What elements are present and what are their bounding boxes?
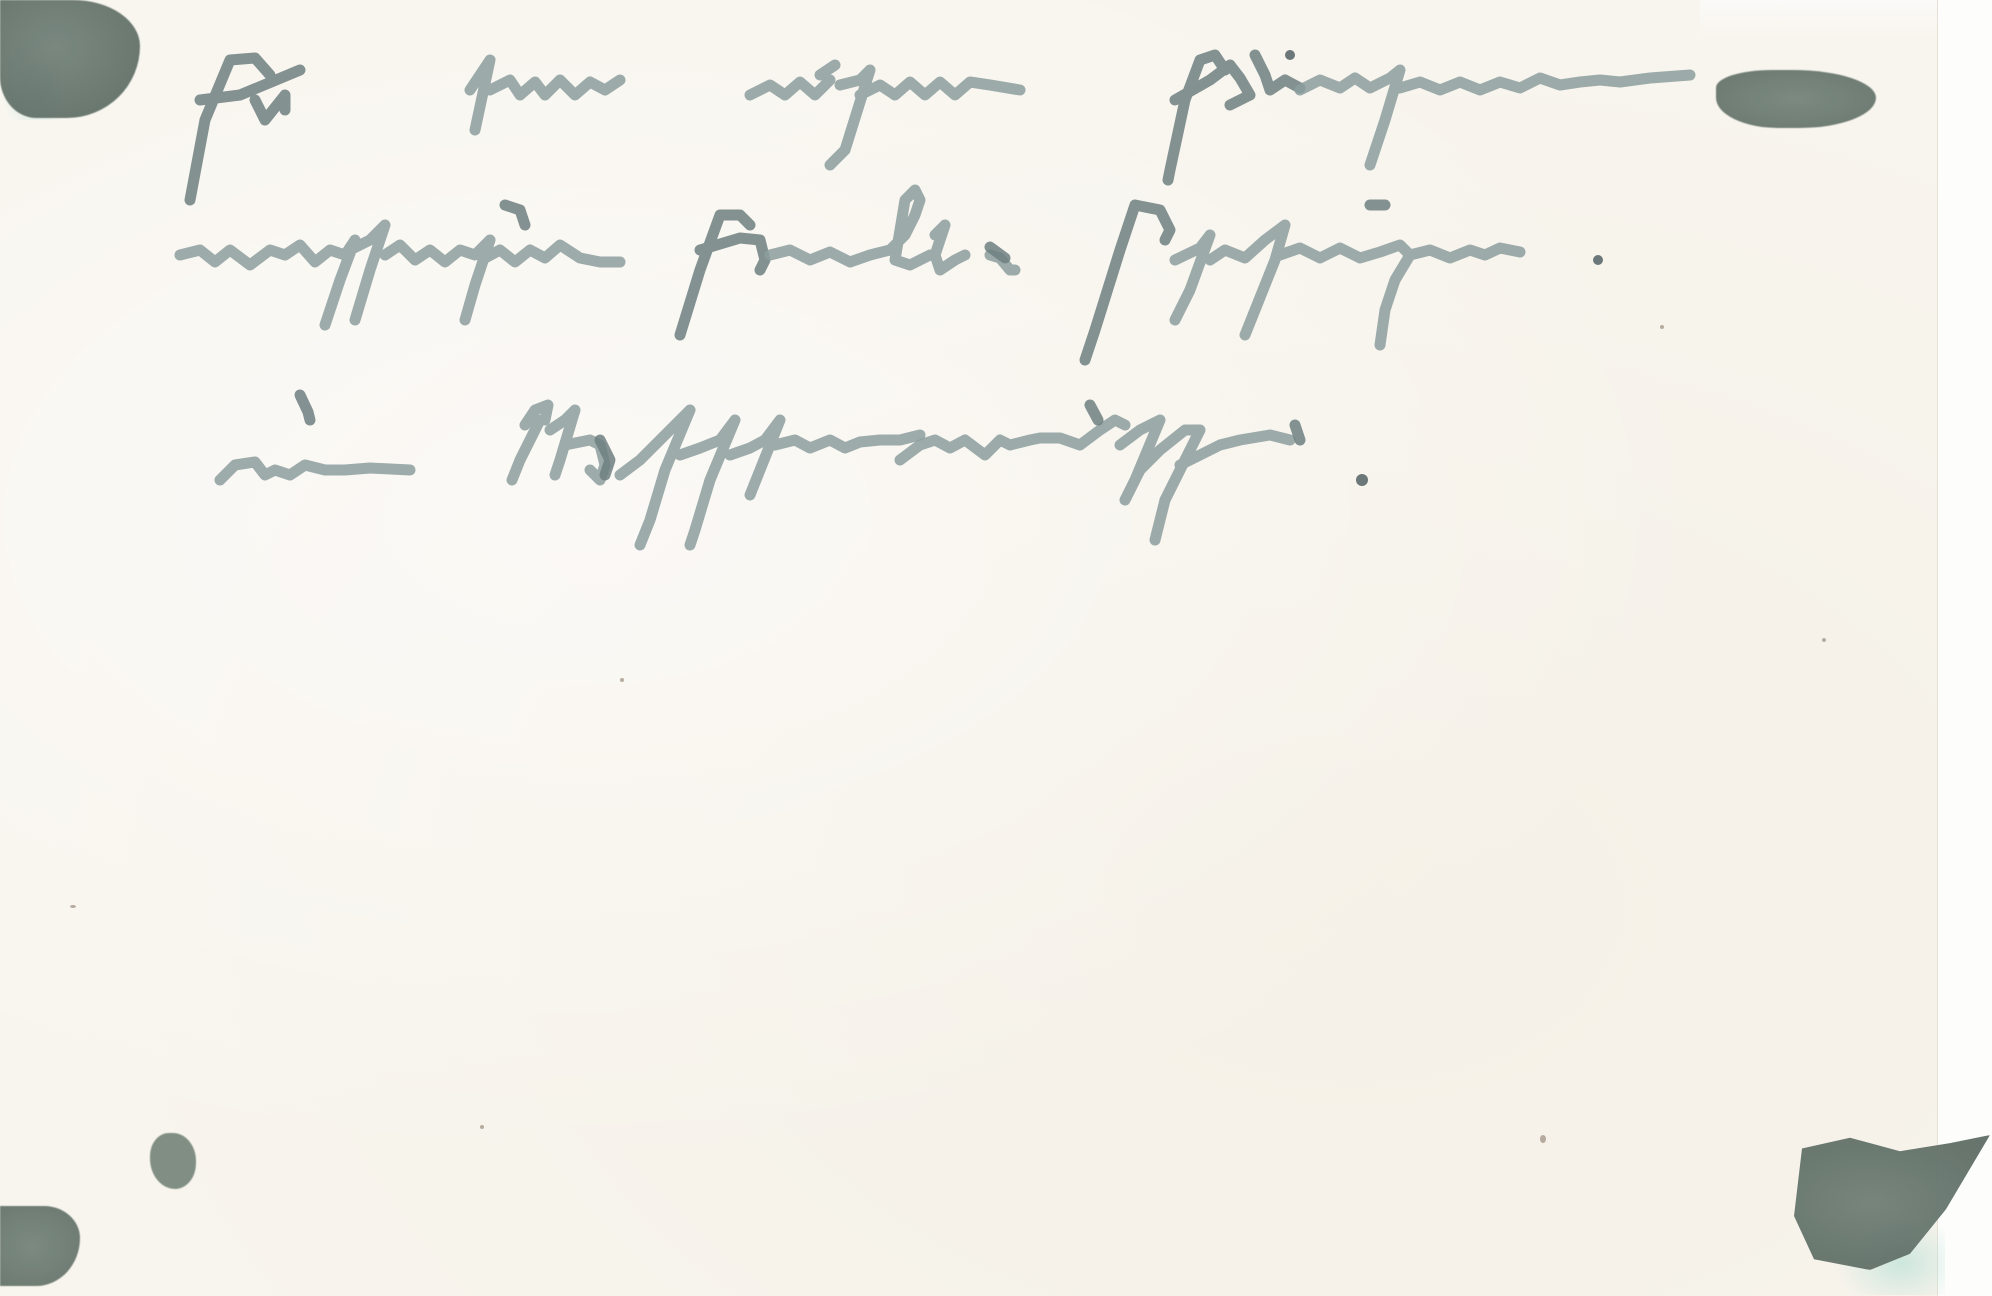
- paper-speck: [70, 905, 76, 908]
- album-mount-remnant-bottom-left-small: [150, 1133, 196, 1189]
- paper-card: Ein von unseren Fliegern zerstörtes fein…: [0, 0, 1937, 1296]
- handwriting-strokes: [0, 0, 1937, 600]
- handwritten-caption: Ein von unseren Fliegern zerstörtes fein…: [0, 0, 1937, 600]
- paper-speck: [1540, 1135, 1546, 1143]
- album-mount-remnant-bottom-left: [0, 1206, 80, 1286]
- paper-speck: [1660, 325, 1664, 329]
- paper-speck: [1822, 638, 1826, 642]
- paper-speck: [620, 678, 624, 682]
- scanned-photo-back: Ein von unseren Fliegern zerstörtes fein…: [0, 0, 1992, 1296]
- album-mount-remnant-bottom-right: [1790, 1135, 1990, 1270]
- paper-speck: [480, 1125, 484, 1129]
